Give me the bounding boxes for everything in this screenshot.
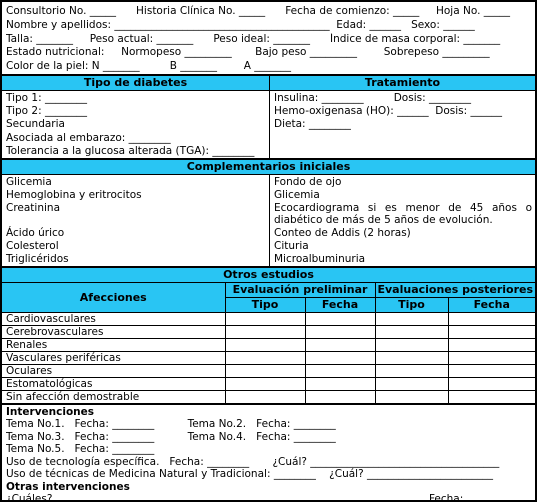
evaluation-cell	[448, 377, 535, 390]
fecha-preliminar-column-header: Fecha	[305, 297, 375, 312]
complementario-item-glicemia: Glicemia	[6, 176, 266, 189]
evaluation-cell	[225, 325, 305, 338]
afecciones-column-header: Afecciones	[2, 283, 225, 313]
intervenciones-section: Intervenciones Tema No.1. Fecha: _______…	[2, 403, 535, 502]
evaluation-cell	[375, 325, 448, 338]
hemo-oxigenasa-line: Hemo-oxigenasa (HO): ______ Dosis: _____…	[274, 105, 532, 118]
affection-label: Oculares	[2, 364, 225, 377]
diabetes-consultation-form: Consultorio No. _____ Historia Clínica N…	[0, 0, 537, 502]
blank-line	[6, 214, 266, 227]
evaluation-cell	[448, 325, 535, 338]
evaluation-cell	[305, 338, 375, 351]
affection-row-sin-afeccion: Sin afección demostrable	[2, 390, 535, 403]
evaluaciones-posteriores-header: Evaluaciones posteriores	[375, 283, 535, 298]
evaluation-cell	[375, 351, 448, 364]
tipo-preliminar-column-header: Tipo	[225, 297, 305, 312]
affection-row-vasculares-perifericas: Vasculares periféricas	[2, 351, 535, 364]
diabetes-tratamiento-body: Tipo 1: ________ Tipo 2: ________ Secund…	[2, 91, 535, 158]
evaluation-cell	[375, 377, 448, 390]
diabetes-tratamiento-header-band: Tipo de diabetes Tratamiento	[2, 74, 535, 91]
patient-info-section: Consultorio No. _____ Historia Clínica N…	[2, 2, 535, 74]
affection-label: Cardiovasculares	[2, 312, 225, 325]
affection-label: Vasculares periféricas	[2, 351, 225, 364]
evaluation-cell	[225, 390, 305, 403]
tema-3-4-line: Tema No.3. Fecha: ________ Tema No.4. Fe…	[6, 431, 532, 444]
complementario-item-hemoglobina: Hemoglobina y eritrocitos	[6, 189, 266, 202]
tipo-diabetes-section: Tipo 1: ________ Tipo 2: ________ Secund…	[2, 91, 270, 158]
complementario-item-creatinina: Creatinina	[6, 202, 266, 215]
color-piel-line: Color de la piel: N _______ B _______ A …	[6, 60, 532, 74]
afecciones-table: Afecciones Evaluación preliminar Evaluac…	[2, 283, 535, 403]
cuales-line: ¿Cuáles? _______________________________…	[6, 493, 532, 502]
otras-intervenciones-title: Otras intervenciones	[6, 481, 532, 494]
affection-label: Sin afección demostrable	[2, 390, 225, 403]
evaluation-cell	[305, 351, 375, 364]
evaluacion-preliminar-header: Evaluación preliminar	[225, 283, 375, 298]
tga-line: Tolerancia a la glucosa alterada (TGA): …	[6, 145, 266, 158]
consultorio-line: Consultorio No. _____ Historia Clínica N…	[6, 5, 532, 19]
evaluation-cell	[225, 351, 305, 364]
tipo1-line: Tipo 1: ________	[6, 92, 266, 105]
evaluation-cell	[305, 390, 375, 403]
evaluation-cell	[305, 312, 375, 325]
evaluation-cell	[375, 338, 448, 351]
evaluation-cell	[305, 377, 375, 390]
complementarios-body: Glicemia Hemoglobina y eritrocitos Creat…	[2, 175, 535, 266]
medicina-natural-line: Uso de técnicas de Medicina Natural y Tr…	[6, 468, 532, 481]
complementarios-right-column: Fondo de ojo Glicemia Ecocardiograma si …	[270, 175, 535, 266]
secundaria-line: Secundaria	[6, 118, 266, 131]
tratamiento-header: Tratamiento	[270, 76, 535, 90]
evaluation-cell	[448, 312, 535, 325]
affection-row-oculares: Oculares	[2, 364, 535, 377]
evaluation-cell	[448, 338, 535, 351]
complementario-item-colesterol: Colesterol	[6, 240, 266, 253]
evaluation-cell	[305, 325, 375, 338]
evaluation-cell	[448, 351, 535, 364]
asociada-embarazo-line: Asociada al embarazo: ________	[6, 132, 266, 145]
affection-label: Estomatológicas	[2, 377, 225, 390]
complementario-item-trigliceridos: Triglicéridos	[6, 253, 266, 266]
fecha-posterior-column-header: Fecha	[448, 297, 535, 312]
evaluation-cell	[448, 390, 535, 403]
complementario-item-ecocardiograma: Ecocardiograma si es menor de 45 años o …	[274, 202, 532, 228]
evaluation-cell	[448, 364, 535, 377]
evaluation-cell	[225, 377, 305, 390]
tema-5-line: Tema No.5. Fecha: ________	[6, 443, 532, 456]
evaluation-cell	[375, 312, 448, 325]
complementario-item-conteo-addis: Conteo de Addis (2 horas)	[274, 227, 532, 240]
affection-row-cerebrovasculares: Cerebrovasculares	[2, 325, 535, 338]
complementario-item-cituria: Cituria	[274, 240, 532, 253]
evaluation-cell	[225, 312, 305, 325]
complementario-item-acido-urico: Ácido úrico	[6, 227, 266, 240]
evaluation-cell	[225, 364, 305, 377]
complementario-item-fondo-ojo: Fondo de ojo	[274, 176, 532, 189]
talla-peso-line: Talla: _______ Peso actual: _______ Peso…	[6, 33, 532, 47]
affection-row-cardiovasculares: Cardiovasculares	[2, 312, 535, 325]
intervenciones-title: Intervenciones	[6, 406, 532, 419]
evaluation-cell	[225, 338, 305, 351]
nombre-apellidos-line: Nombre y apellidos: ____________________…	[6, 19, 532, 33]
complementario-item-microalbuminuria: Microalbuminuria	[274, 253, 532, 266]
evaluation-cell	[375, 364, 448, 377]
evaluation-cell	[375, 390, 448, 403]
complementarios-left-column: Glicemia Hemoglobina y eritrocitos Creat…	[2, 175, 270, 266]
affection-row-estomatologicas: Estomatológicas	[2, 377, 535, 390]
affection-label: Renales	[2, 338, 225, 351]
affection-row-renales: Renales	[2, 338, 535, 351]
tratamiento-section: Insulina: ________ Dosis: ________ Hemo-…	[270, 91, 535, 158]
otros-estudios-header: Otros estudios	[2, 266, 535, 283]
evaluation-cell	[305, 364, 375, 377]
affection-label: Cerebrovasculares	[2, 325, 225, 338]
tipo-posterior-column-header: Tipo	[375, 297, 448, 312]
dieta-line: Dieta: ________	[274, 118, 532, 131]
complementario-item-glicemia-2: Glicemia	[274, 189, 532, 202]
tecnologia-especifica-line: Uso de tecnología específica. Fecha: ___…	[6, 456, 532, 469]
complementarios-header: Complementarios iniciales	[2, 158, 535, 175]
estado-nutricional-line: Estado nutricional: Normopeso _________ …	[6, 46, 532, 60]
insulina-line: Insulina: ________ Dosis: ________	[274, 92, 532, 105]
tipo-diabetes-header: Tipo de diabetes	[2, 76, 270, 90]
tipo2-line: Tipo 2: ________	[6, 105, 266, 118]
tema-1-2-line: Tema No.1. Fecha: ________ Tema No.2. Fe…	[6, 418, 532, 431]
